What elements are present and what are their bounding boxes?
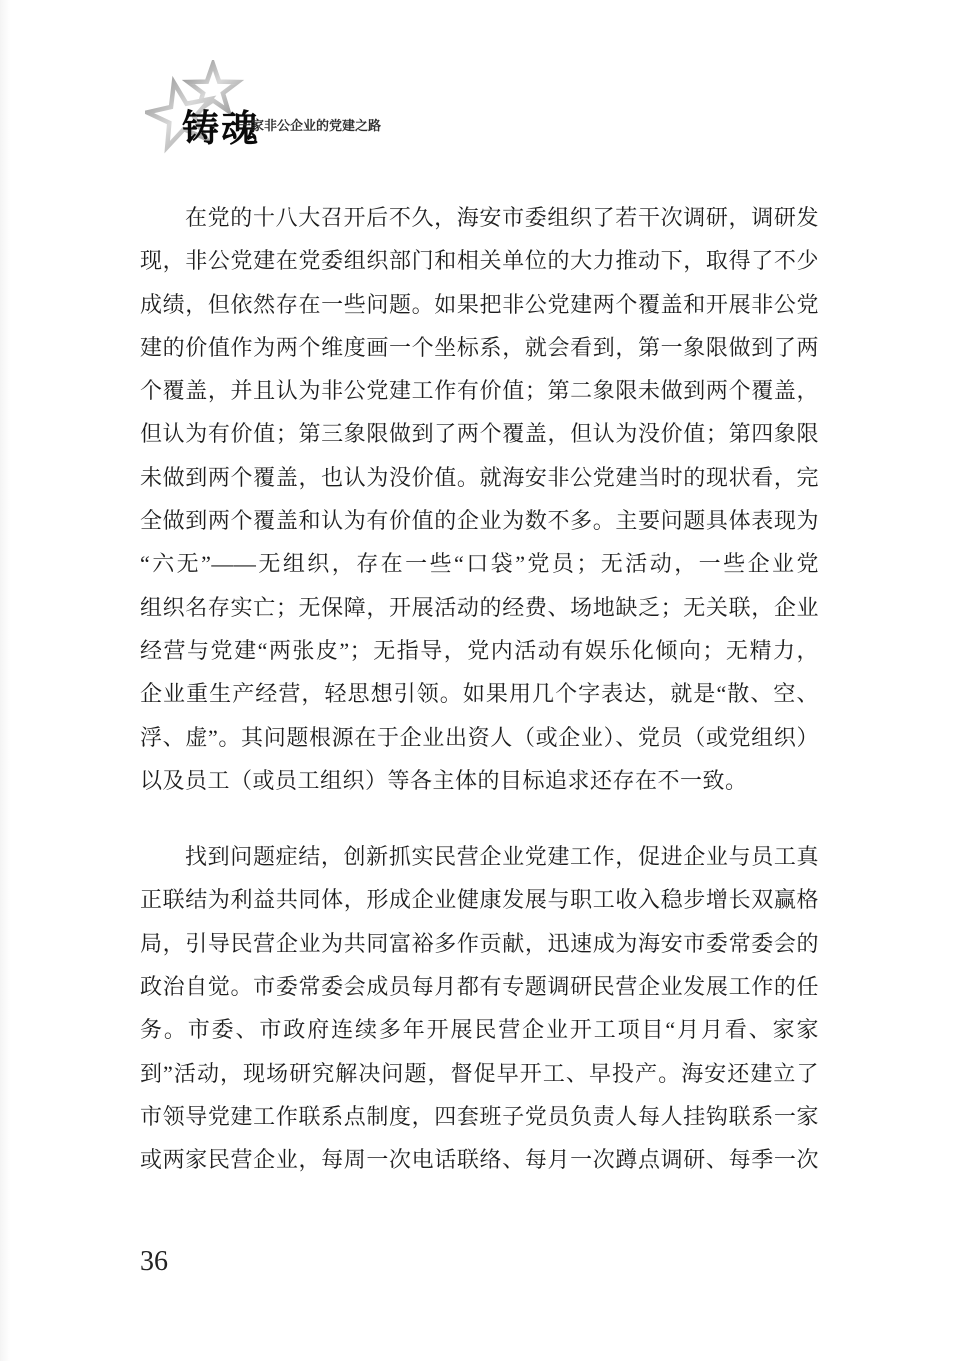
text-line: 经营与党建“两张皮”；无指导，党内活动有娱乐化倾向；无精力， [140, 629, 819, 672]
text-line: 正联结为利益共同体，形成企业健康发展与职工收入稳步增长双赢格 [140, 878, 819, 921]
text-line: 企业重生产经营，轻思想引领。如果用几个字表达，就是“散、空、 [140, 672, 819, 715]
book-page: 铸魂 一家非公企业的党建之路 在党的十八大召开后不久，海安市委组织了若干次调研，… [0, 0, 964, 1361]
text-line: 务。市委、市政府连续多年开展民营企业开工项目“月月看、家家 [140, 1008, 819, 1051]
text-line: 个覆盖，并且认为非公党建工作有价值；第二象限未做到两个覆盖， [140, 369, 819, 412]
page-number: 36 [140, 1246, 168, 1278]
page-body: 在党的十八大召开后不久，海安市委组织了若干次调研，调研发 现，非公党建在党委组织… [140, 196, 819, 1182]
paragraph-2: 找到问题症结，创新抓实民营企业党建工作，促进企业与员工真 正联结为利益共同体，形… [140, 835, 819, 1181]
text-line: 以及员工（或员工组织）等各主体的目标追求还存在不一致。 [140, 759, 819, 802]
text-line: 但认为有价值；第三象限做到了两个覆盖，但认为没价值；第四象限 [140, 412, 819, 455]
text-line: 在党的十八大召开后不久，海安市委组织了若干次调研，调研发 [140, 196, 819, 239]
scan-edge-shade [0, 0, 10, 1361]
logo-subtitle: 一家非公企业的党建之路 [238, 115, 381, 134]
text-line: 现，非公党建在党委组织部门和相关单位的大力推动下，取得了不少 [140, 239, 819, 282]
text-line: 未做到两个覆盖，也认为没价值。就海安非公党建当时的现状看，完 [140, 456, 819, 499]
text-line: 政治自觉。市委常委会成员每月都有专题调研民营企业发展工作的任 [140, 965, 819, 1008]
text-line: “六无”——无组织，存在一些“口袋”党员；无活动，一些企业党 [140, 542, 819, 585]
text-line: 市领导党建工作联系点制度，四套班子党员负责人每人挂钩联系一家 [140, 1095, 819, 1138]
text-line: 或两家民营企业，每周一次电话联络、每月一次蹲点调研、每季一次 [140, 1138, 819, 1181]
text-line: 找到问题症结，创新抓实民营企业党建工作，促进企业与员工真 [140, 835, 819, 878]
text-line: 组织名存实亡；无保障，开展活动的经费、场地缺乏；无关联，企业 [140, 586, 819, 629]
text-line: 到”活动，现场研究解决问题，督促早开工、早投产。海安还建立了 [140, 1052, 819, 1095]
text-line: 全做到两个覆盖和认为有价值的企业为数不多。主要问题具体表现为 [140, 499, 819, 542]
paragraph-1: 在党的十八大召开后不久，海安市委组织了若干次调研，调研发 现，非公党建在党委组织… [140, 196, 819, 802]
text-line: 浮、虚”。其问题根源在于企业出资人（或企业）、党员（或党组织） [140, 716, 819, 759]
text-line: 建的价值作为两个维度画一个坐标系，就会看到，第一象限做到了两 [140, 326, 819, 369]
text-line: 成绩，但依然存在一些问题。如果把非公党建两个覆盖和开展非公党 [140, 283, 819, 326]
book-header: 铸魂 一家非公企业的党建之路 [145, 60, 665, 155]
text-line: 局，引导民营企业为共同富裕多作贡献，迅速成为海安市委常委会的 [140, 922, 819, 965]
